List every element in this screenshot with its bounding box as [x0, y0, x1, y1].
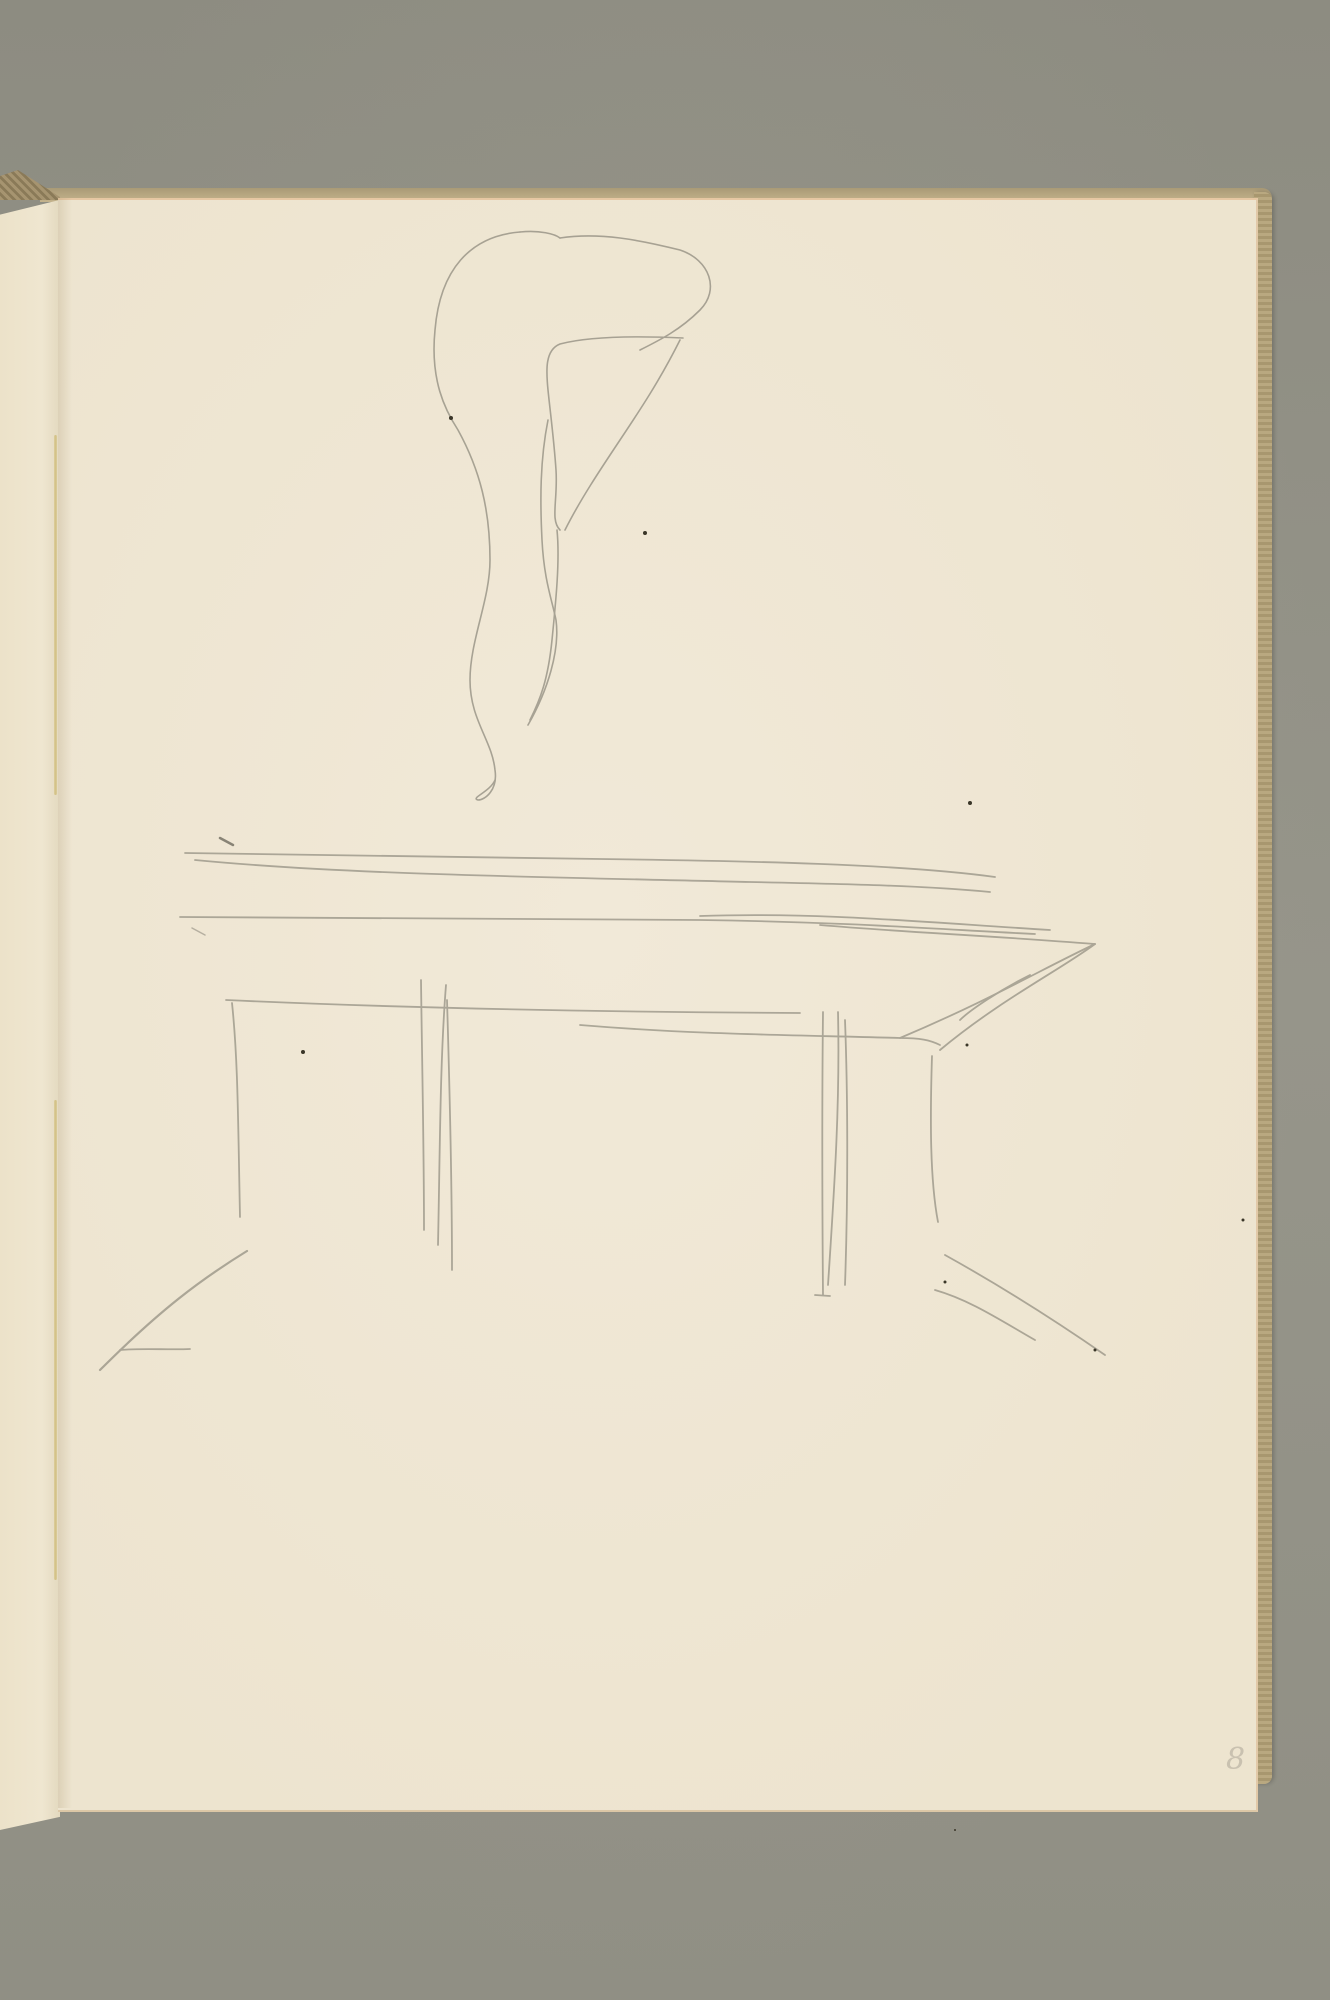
left-page-edge — [0, 190, 60, 1830]
gutter-shadow — [58, 198, 72, 1808]
binding-stitch — [54, 1100, 57, 1580]
binding-stitch — [54, 435, 57, 795]
sketchbook-page — [58, 198, 1258, 1812]
page-number: 8 — [1226, 1742, 1245, 1777]
